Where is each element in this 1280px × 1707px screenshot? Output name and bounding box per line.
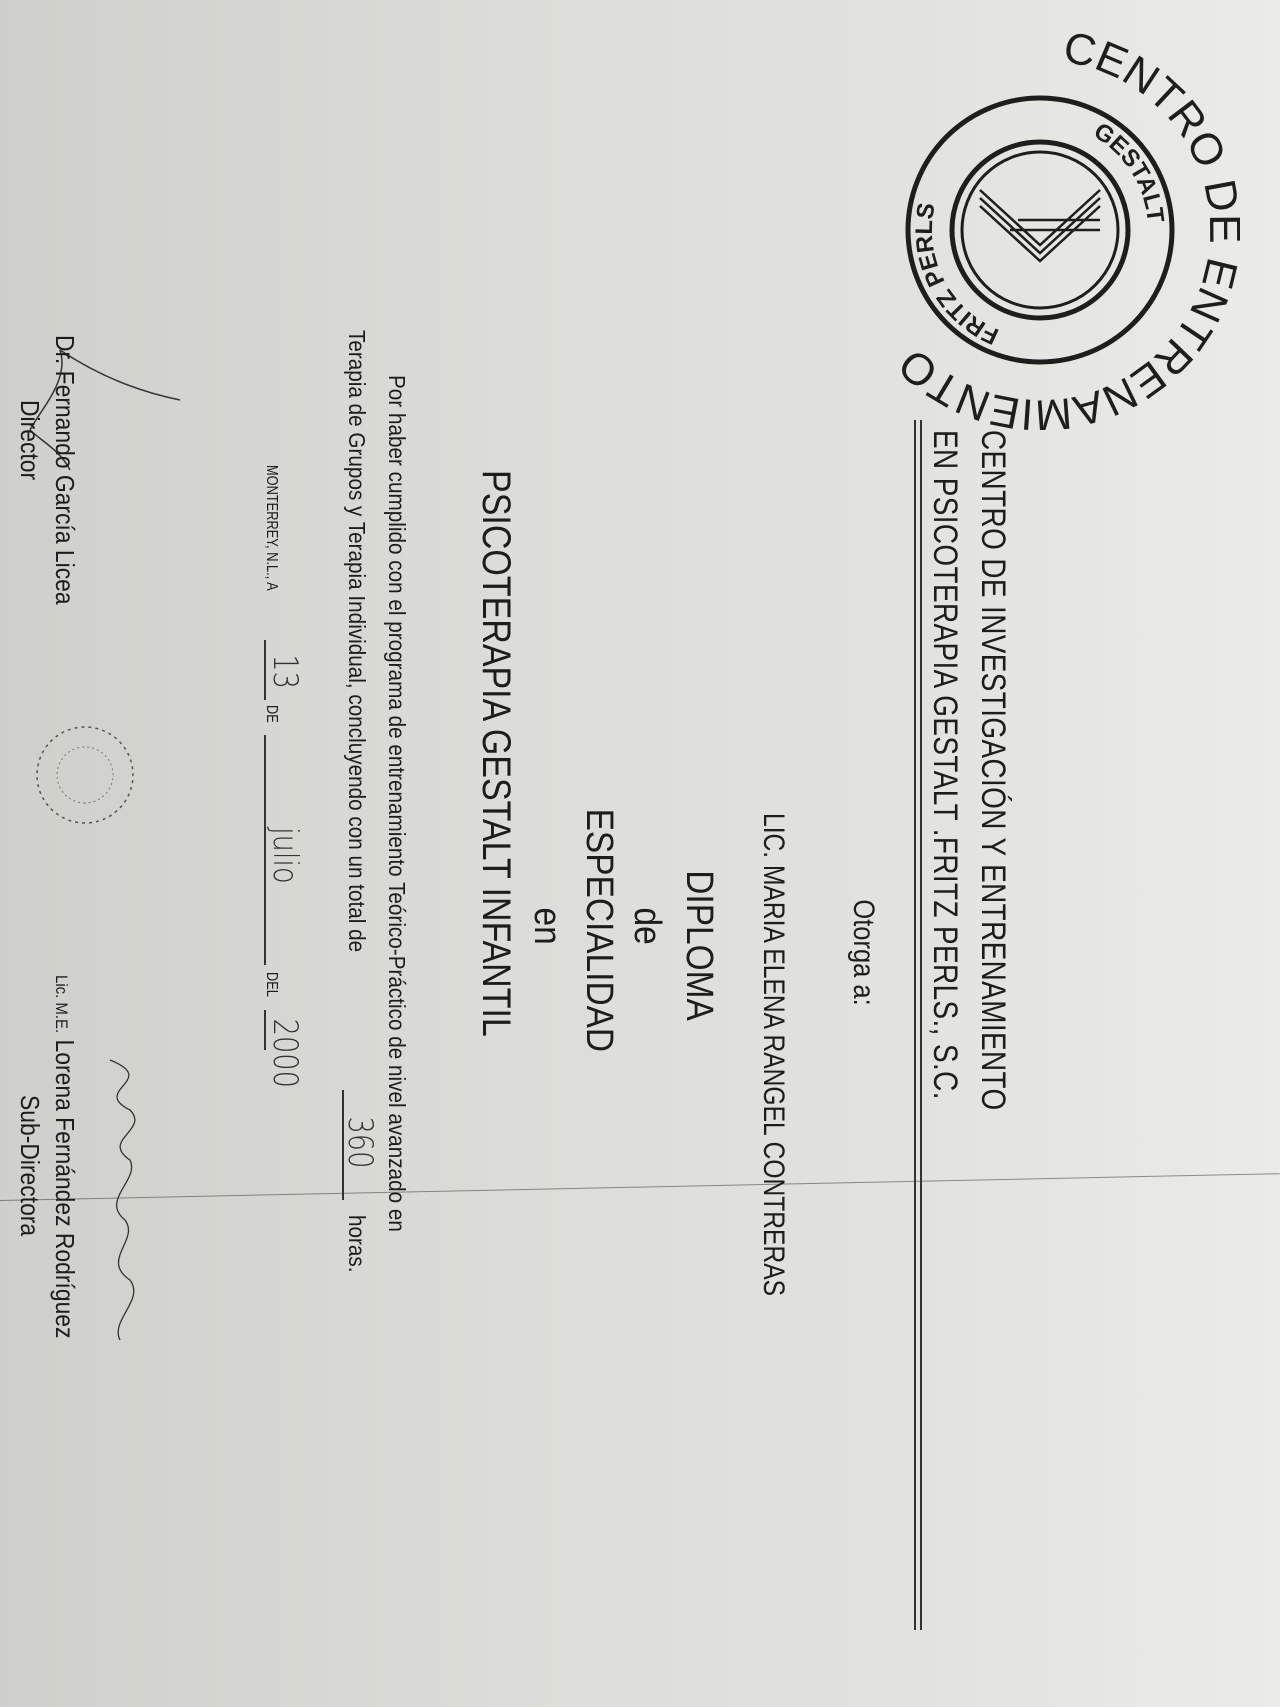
stamp-inner-bottom: FRITZ PERLS bbox=[911, 201, 1003, 350]
body-line-2-prefix: Terapia de Grupos y Terapia Individual, … bbox=[343, 330, 370, 952]
date-year[interactable]: 2000 bbox=[265, 1019, 305, 1088]
issuer-line-2: EN PSICOTERAPIA GESTALT .FRITZ PERLS., S… bbox=[928, 430, 962, 1100]
body-line-2-suffix: horas. bbox=[343, 1215, 370, 1273]
director-role: Director bbox=[14, 400, 45, 480]
institution-stamp: CENTRO DE ENTRENAMIENTO GESTALT FRITZ PE… bbox=[840, 30, 1240, 430]
subdirector-role: Sub-Directora bbox=[14, 1095, 45, 1236]
subdirector-signature bbox=[80, 1050, 170, 1350]
director-signature bbox=[20, 330, 190, 490]
body-line-1: Por haber cumplido con el programa de en… bbox=[383, 375, 410, 1232]
title-diploma: DIPLOMA bbox=[677, 870, 720, 1021]
director-prefix: Dr. bbox=[50, 335, 80, 364]
director-name: Dr. Fernando García Licea bbox=[49, 335, 80, 605]
title-especialidad: ESPECIALIDAD bbox=[577, 809, 620, 1052]
subdirector-fullname: Lorena Fernández Rodríguez bbox=[50, 1040, 80, 1339]
de-label: DE bbox=[262, 705, 280, 723]
title-specialty: PSICOTERAPIA GESTALT INFANTIL bbox=[473, 470, 518, 1037]
grants-to-label: Otorga a: bbox=[846, 899, 880, 1005]
title-en: en bbox=[525, 908, 568, 945]
subdirector-name: Lic. M.E. Lorena Fernández Rodríguez bbox=[49, 975, 80, 1338]
header-rule-2 bbox=[914, 420, 916, 1630]
subdirector-prefix: Lic. M.E. bbox=[52, 975, 71, 1033]
hours-value[interactable]: 360 bbox=[340, 1116, 380, 1168]
place-label: MONTERREY, N.L., A bbox=[262, 465, 280, 591]
issuer-line-1: CENTRO DE INVESTIGACIÓN Y ENTRENAMIENTO bbox=[976, 430, 1010, 1111]
date-day[interactable]: 13 bbox=[265, 654, 305, 689]
faint-seal bbox=[30, 720, 140, 830]
header-rule-1 bbox=[920, 420, 922, 1630]
director-fullname: Fernando García Licea bbox=[50, 371, 80, 605]
chevron-arrow-icon bbox=[980, 190, 1100, 261]
title-de: de bbox=[625, 908, 668, 945]
date-month[interactable]: julio bbox=[265, 827, 305, 884]
del-label: DEL bbox=[262, 972, 280, 997]
recipient-name: LIC. MARIA ELENA RANGEL CONTRERAS bbox=[756, 813, 790, 1296]
diploma-document: CENTRO DE ENTRENAMIENTO GESTALT FRITZ PE… bbox=[0, 0, 1280, 1707]
